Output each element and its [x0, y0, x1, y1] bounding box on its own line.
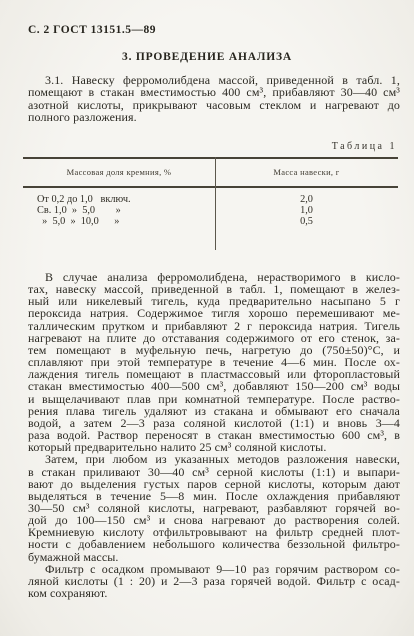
- table-rule-top: [23, 157, 398, 159]
- scanned-document-page: С. 2 ГОСТ 13151.5—89 3. ПРОВЕДЕНИЕ АНАЛИ…: [0, 0, 414, 636]
- text-line: бумажной массы.: [28, 551, 400, 563]
- paragraph-fusion-decomposition: В случае анализа ферромолибдена, нераств…: [28, 271, 400, 453]
- text-line: ности с добавлением небольшого количеств…: [28, 538, 400, 550]
- table-header-row: Массовая доля кремния, % Масса навески, …: [23, 167, 398, 177]
- cell-sample-mass: 1,0: [215, 206, 398, 217]
- table-label: Таблица 1: [332, 141, 397, 152]
- section-title: 3. ПРОВЕДЕНИЕ АНАЛИЗА: [0, 51, 414, 63]
- text-line: пероксида натрия. Содержимое тигля хорош…: [28, 307, 400, 319]
- text-line: полного разложения.: [28, 111, 400, 123]
- paragraph-evaporation-filtration: Затем, при любом из указанных методов ра…: [28, 453, 400, 562]
- cell-fraction-range: Св. 1,0 » 5,0 »: [23, 206, 215, 217]
- body-text-block: В случае анализа ферромолибдена, нераств…: [28, 271, 400, 599]
- cell-fraction-range: » 5,0 » 10,0 »: [23, 217, 215, 228]
- text-line: и выщелачивают плав при комнатной темпер…: [28, 393, 400, 405]
- table-rule-header-bottom: [23, 186, 398, 188]
- text-line: ком сохраняют.: [28, 587, 400, 599]
- text-line: в стакан приливают 30—40 см³ серной кисл…: [28, 466, 400, 478]
- page-header-gost-number: С. 2 ГОСТ 13151.5—89: [28, 24, 156, 36]
- text-line: таллическим прутком и прибавляют 2 г пер…: [28, 320, 400, 332]
- table-body: От 0,2 до 1,0 включ. 2,0 Св. 1,0 » 5,0 »…: [23, 195, 398, 227]
- cell-sample-mass: 0,5: [215, 217, 398, 228]
- text-line: Затем, при любом из указанных методов ра…: [28, 453, 400, 465]
- paragraph-filter-washing: Фильтр с осадком промывают 9—10 раз горя…: [28, 563, 400, 599]
- table-row: » 5,0 » 10,0 » 0,5: [23, 217, 398, 228]
- column-header-sample-mass: Масса навески, г: [215, 167, 398, 177]
- text-line: стакан вместимостью 400—500 см³, добавля…: [28, 380, 400, 392]
- text-line: вают до выделения густых паров серной ки…: [28, 478, 400, 490]
- table-row: Св. 1,0 » 5,0 » 1,0: [23, 206, 398, 217]
- column-header-silicon-fraction: Массовая доля кремния, %: [23, 167, 215, 177]
- text-line: помещают в стакан вместимостью 400 см³, …: [28, 86, 400, 98]
- paragraph-sample-weighing: 3.1. Навеску ферромолибдена массой, прив…: [28, 74, 400, 123]
